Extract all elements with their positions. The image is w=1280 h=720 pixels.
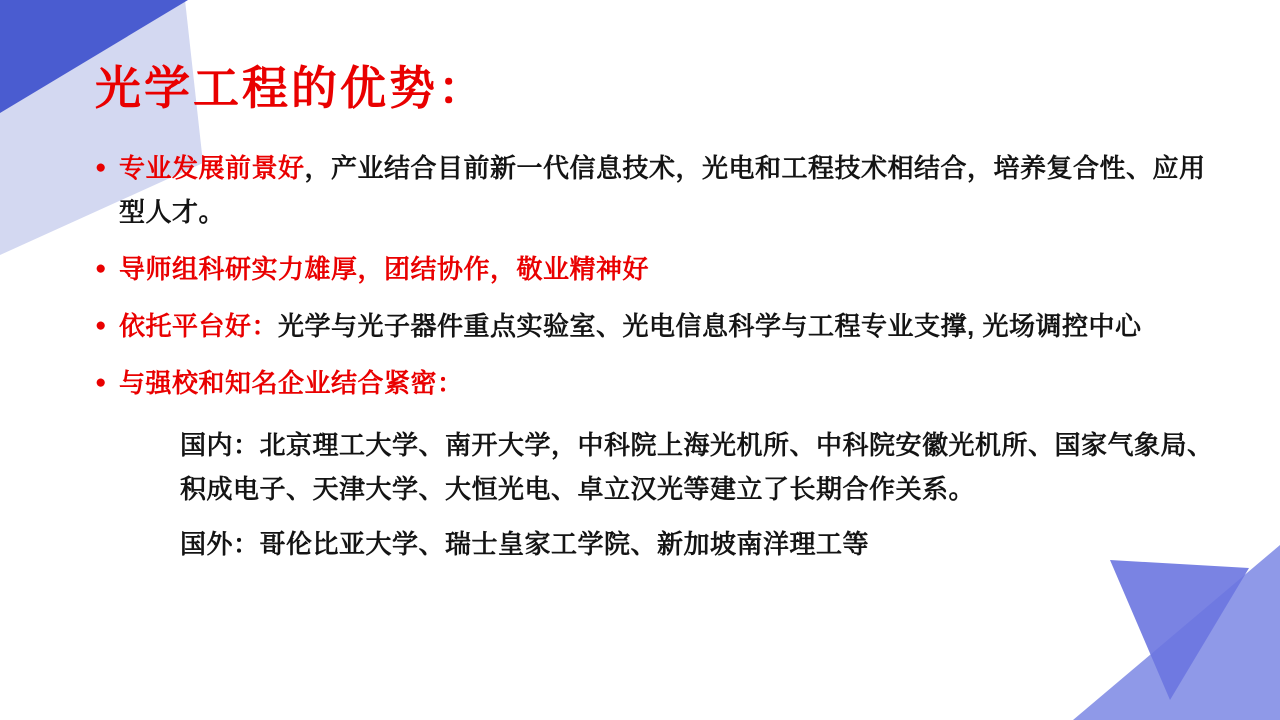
- bullet-1-emphasis: 专业发展前景好: [119, 153, 305, 183]
- bullet-dot-icon: ●: [95, 361, 107, 405]
- domestic-partners-paragraph: 国内：北京理工大学、南开大学，中科院上海光机所、中科院安徽光机所、国家气象局、积…: [180, 423, 1220, 511]
- bullet-item-4: ●与强校和知名企业结合紧密：: [95, 361, 1217, 405]
- bullet-item-1: ●专业发展前景好，产业结合目前新一代信息技术，光电和工程技术相结合，培养复合性、…: [95, 146, 1217, 234]
- bullet-4-emphasis: 与强校和知名企业结合紧密：: [119, 368, 464, 398]
- bullet-3-text: 光学与光子器件重点实验室、光电信息科学与工程专业支撑, 光场调控中心: [278, 311, 1141, 341]
- bullet-item-2: ●导师组科研实力雄厚，团结协作，敬业精神好: [95, 247, 1217, 291]
- international-partners-paragraph: 国外：哥伦比亚大学、瑞士皇家工学院、新加坡南洋理工等: [180, 522, 1220, 566]
- bullet-2-emphasis: 导师组科研实力雄厚，团结协作，敬业精神好: [119, 254, 649, 284]
- bullet-dot-icon: ●: [95, 247, 107, 291]
- partner-paragraphs: 国内：北京理工大学、南开大学，中科院上海光机所、中科院安徽光机所、国家气象局、积…: [180, 423, 1220, 566]
- page-title: 光学工程的优势：: [95, 60, 487, 116]
- bullet-3-emphasis: 依托平台好：: [119, 311, 278, 341]
- bullet-list: ●专业发展前景好，产业结合目前新一代信息技术，光电和工程技术相结合，培养复合性、…: [95, 146, 1217, 577]
- bullet-dot-icon: ●: [95, 146, 107, 190]
- bullet-item-3: ●依托平台好：光学与光子器件重点实验室、光电信息科学与工程专业支撑, 光场调控中…: [95, 304, 1217, 348]
- bullet-dot-icon: ●: [95, 304, 107, 348]
- periwinkle-dark-triangle: [1110, 560, 1249, 700]
